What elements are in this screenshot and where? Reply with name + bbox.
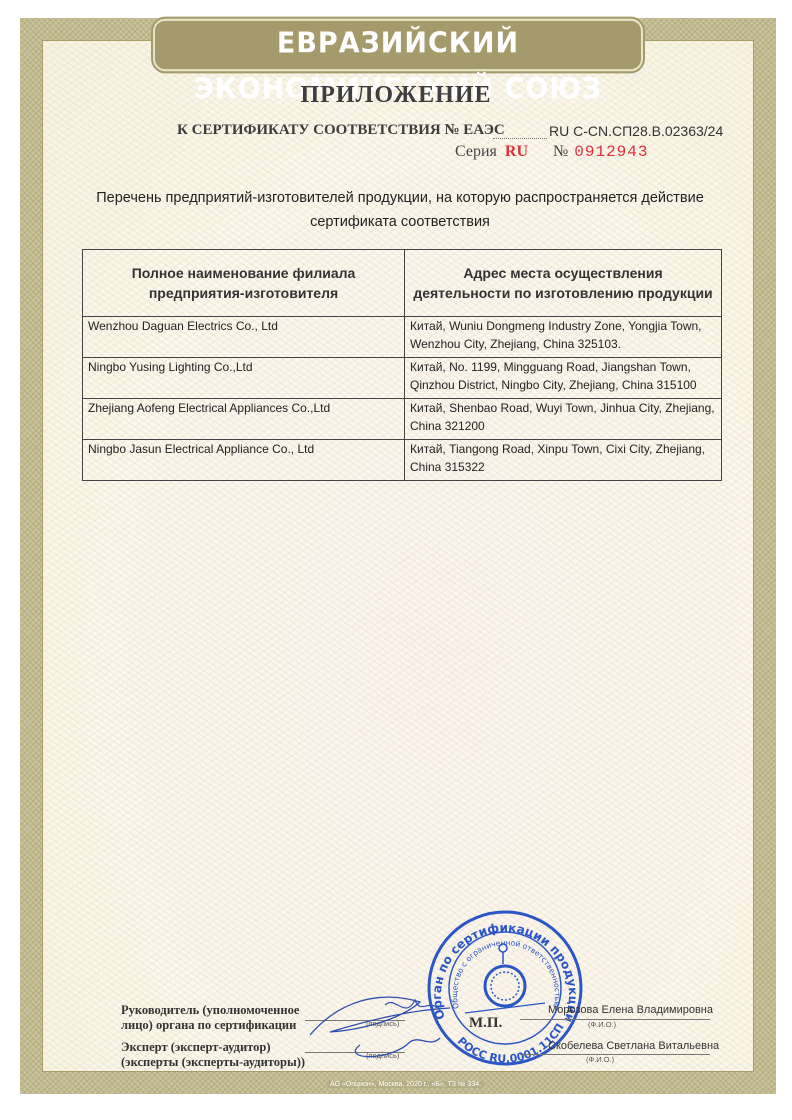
signature-labels: Руководитель (уполномоченноелицо) органа… xyxy=(121,1003,305,1077)
manufacturer-address: Китай, Shenbao Road, Wuyi Town, Jinhua C… xyxy=(405,399,722,440)
expert-name: Скобелева Светлана Витальевна xyxy=(548,1040,719,1052)
page-title: ПРИЛОЖЕНИЕ xyxy=(0,82,792,109)
manufacturer-name: Ningbo Yusing Lighting Co.,Ltd xyxy=(83,358,405,399)
table-row: Ningbo Yusing Lighting Co.,LtdКитай, No.… xyxy=(83,358,722,399)
manufacturer-name: Wenzhou Daguan Electrics Co., Ltd xyxy=(83,317,405,358)
manufacturer-address: Китай, Wuniu Dongmeng Industry Zone, Yon… xyxy=(405,317,722,358)
series-label: Серия xyxy=(455,143,497,160)
table-row: Zhejiang Aofeng Electrical Appliances Co… xyxy=(83,399,722,440)
series: СерияRU xyxy=(455,143,528,161)
series-value: RU xyxy=(505,143,528,160)
printer-imprint: АО «Опцион», Москва, 2020 г., «Б», ТЗ № … xyxy=(327,1081,484,1088)
intro-text: Перечень предприятий-изготовителей проду… xyxy=(80,186,720,234)
certificate-border xyxy=(20,18,776,1094)
union-banner: ЕВРАЗИЙСКИЙ ЭКОНОМИЧЕСКИЙ СОЮЗ xyxy=(153,19,643,72)
table-row: Wenzhou Daguan Electrics Co., LtdКитай, … xyxy=(83,317,722,358)
manufacturer-address: Китай, Tiangong Road, Xinpu Town, Cixi C… xyxy=(405,440,722,481)
manufacturer-name: Ningbo Jasun Electrical Appliance Co., L… xyxy=(83,440,405,481)
certificate-label: К СЕРТИФИКАТУ СООТВЕТСТВИЯ № ЕАЭС xyxy=(177,122,505,139)
blank-number: №0912943 xyxy=(553,143,648,161)
certificate-number-dots xyxy=(493,138,547,139)
expert-name-line xyxy=(520,1054,710,1055)
manufacturers-table: Полное наименование филиала предприятия-… xyxy=(82,249,722,481)
seal-label: М.П. xyxy=(469,1015,502,1032)
head-name-caption: (Ф.И.О.) xyxy=(588,1020,616,1029)
blank-number-value: 0912943 xyxy=(574,143,648,161)
expert-name-caption: (Ф.И.О.) xyxy=(586,1055,614,1064)
blank-number-label: № xyxy=(553,143,568,160)
manufacturer-address: Китай, No. 1199, Mingguang Road, Jiangsh… xyxy=(405,358,722,399)
header-name: Полное наименование филиала предприятия-… xyxy=(83,250,405,317)
certificate-number: RU C-CN.СП28.В.02363/24 xyxy=(549,123,723,139)
head-name: Морозова Елена Владимировна xyxy=(548,1004,713,1016)
header-address: Адрес места осуществления деятельности п… xyxy=(405,250,722,317)
table-row: Ningbo Jasun Electrical Appliance Co., L… xyxy=(83,440,722,481)
manufacturer-name: Zhejiang Aofeng Electrical Appliances Co… xyxy=(83,399,405,440)
